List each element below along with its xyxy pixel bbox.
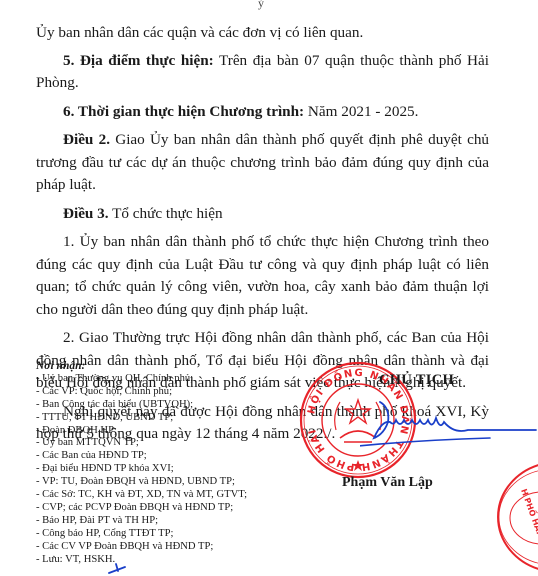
recipient-item: - Các Ban của HĐND TP; [36,450,296,463]
recipient-item: - Đại biểu HĐND TP khóa XVI; [36,463,296,476]
svg-text:H PHỐ HẢI PH: H PHỐ HẢI PH [519,487,538,550]
recipient-item: - Lưu: VT, HSKH. [36,554,296,567]
recipient-item: - Ủy ban MTTQVN TP; [36,437,296,450]
paragraph-timeframe: 6. Thời gian thực hiện Chương trình: Năm… [36,101,489,124]
signer-title: CHỦ TỊCH [379,372,454,389]
paragraph-continuation: Ủy ban nhân dân các quận và các đơn vị c… [36,22,489,45]
paragraph-location: 5. Địa điểm thực hiện: Trên địa bàn 07 q… [36,50,489,95]
recipient-item: - Báo HP, Đài PT và TH HP; [36,515,296,528]
recipient-item: - Ban Công tác đại biểu (UBTVQH); [36,399,296,412]
recipient-item: - Công báo HP, Cổng TTĐT TP; [36,528,296,541]
recipients-list: - Uỷ ban Thường vụ QH, Chính phủ;- Các V… [36,373,296,567]
location-label: 5. Địa điểm thực hiện: [63,52,214,69]
signature-block: HỘI ĐỒNG NHÂN DÂN THÀNH PHỐ HẢI PHÒNG H … [290,340,538,576]
recipients-title: Nơi nhận: [36,360,296,373]
document-page: ỷ Ủy ban nhân dân các quận và các đơn vị… [0,0,538,576]
recipient-item: - CVP; các PCVP Đoàn ĐBQH và HĐND TP; [36,502,296,515]
recipients-block: Nơi nhận: - Uỷ ban Thường vụ QH, Chính p… [36,360,296,567]
paragraph-article-3: Điều 3. Tổ chức thực hiện [36,203,489,226]
partial-seal-icon: H PHỐ HẢI PH [494,462,538,572]
timeframe-text: Năm 2021 - 2025. [304,103,418,120]
timeframe-label: 6. Thời gian thực hiện Chương trình: [63,103,304,120]
handwritten-check-icon [108,563,126,575]
recipient-item: - Đoàn ĐBQH HP; [36,425,296,438]
recipient-item: - Các VP: Quốc hội, Chính phủ; [36,386,296,399]
top-cutoff-glyph: ỷ [258,0,264,11]
recipient-item: - TTTU, TT HĐND, UBND TP; [36,412,296,425]
recipient-item: - Uỷ ban Thường vụ QH, Chính phủ; [36,373,296,386]
handwritten-signature-icon [360,400,538,450]
article-3-text: Tổ chức thực hiện [109,205,223,222]
recipient-item: - VP: TU, Đoàn ĐBQH và HĐND, UBND TP; [36,476,296,489]
recipient-item: - Các Sở: TC, KH và ĐT, XD, TN và MT, GT… [36,489,296,502]
signer-name: Phạm Văn Lập [342,475,433,491]
article-2-label: Điều 2. [63,131,110,148]
article-3-label: Điều 3. [63,205,109,222]
recipient-item: - Các CV VP Đoàn ĐBQH và HĐND TP; [36,541,296,554]
paragraph-article-2: Điều 2. Giao Ủy ban nhân dân thành phố q… [36,129,489,197]
paragraph-article-3-item-1: 1. Ủy ban nhân dân thành phố tổ chức thự… [36,231,489,321]
